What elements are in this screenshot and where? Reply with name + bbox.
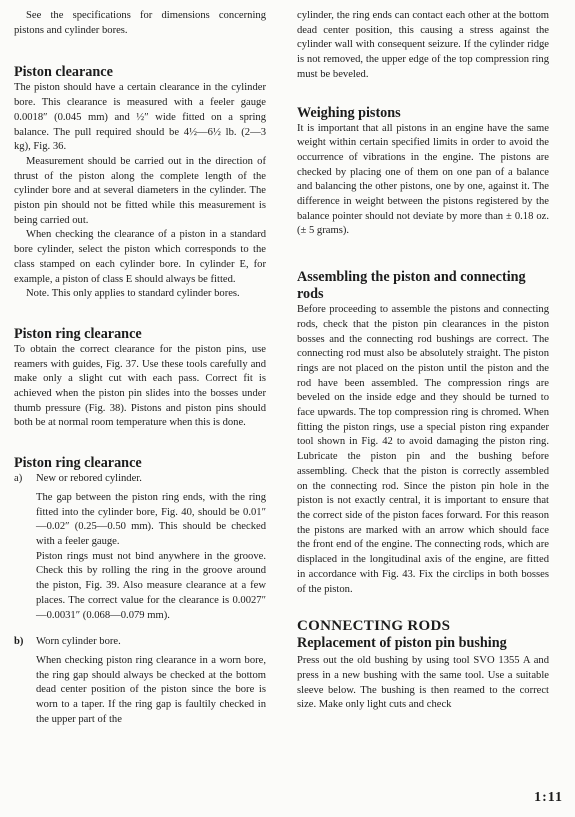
item-a: a) New or rebored cylinder. — [14, 472, 266, 487]
piston-ring-clearance-1-p1: To obtain the correct clearance for the … — [14, 343, 266, 431]
piston-clearance-p1: The piston should have a certain clearan… — [14, 81, 266, 155]
heading-piston-clearance: Piston clearance — [14, 64, 266, 81]
right-column: cylinder, the ring ends can contact each… — [297, 0, 549, 713]
weighing-p1: It is important that all pistons in an e… — [297, 122, 549, 240]
chapter-connecting-rods: CONNECTING RODS — [297, 617, 549, 635]
replacement-p1: Press out the old bushing by using tool … — [297, 654, 549, 713]
item-a-p1: The gap between the piston ring ends, wi… — [36, 491, 266, 550]
piston-clearance-p2: Measurement should be carried out in the… — [14, 155, 266, 229]
heading-piston-ring-clearance-2: Piston ring clearance — [14, 455, 266, 472]
item-a-p2: Piston rings must not bind anywhere in t… — [36, 550, 266, 624]
item-b: b) Worn cylinder bore. — [14, 635, 266, 650]
item-b-title: Worn cylinder bore. — [36, 635, 266, 650]
piston-clearance-p4: Note. This only applies to standard cyli… — [14, 287, 266, 302]
intro-paragraph: See the specifications for dimensions co… — [14, 9, 266, 38]
continuation-paragraph: cylinder, the ring ends can contact each… — [297, 9, 549, 83]
page-number: 1:11 — [534, 790, 563, 806]
item-b-label: b) — [14, 635, 36, 650]
piston-clearance-p3: When checking the clearance of a piston … — [14, 228, 266, 287]
item-a-label: a) — [14, 472, 36, 487]
heading-weighing-pistons: Weighing pistons — [297, 105, 549, 122]
heading-assembling: Assembling the piston and connecting rod… — [297, 269, 549, 303]
assembling-p1: Before proceeding to assemble the piston… — [297, 303, 549, 597]
heading-replacement-bushing: Replacement of piston pin bushing — [297, 635, 549, 652]
heading-piston-ring-clearance-1: Piston ring clearance — [14, 326, 266, 343]
item-b-p1: When checking piston ring clearance in a… — [36, 654, 266, 728]
item-a-title: New or rebored cylinder. — [36, 472, 266, 487]
left-column: See the specifications for dimensions co… — [14, 0, 266, 727]
